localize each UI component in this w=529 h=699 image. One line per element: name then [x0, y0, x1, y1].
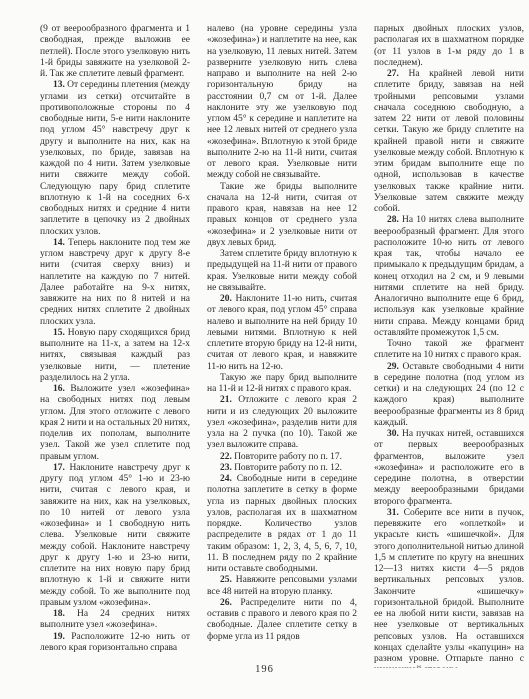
text-column-1: (9 от веерообразного фрагмента и 1 свобо…	[40, 24, 190, 668]
paragraph-number: 16.	[53, 384, 70, 394]
paragraph: 30. На пучках нитей, оставшихся от первы…	[374, 429, 524, 508]
paragraph: 26. Распределите нити по 4, оставив с пр…	[207, 598, 357, 643]
paragraph: 13. От середины плетения (между углами и…	[40, 80, 190, 238]
book-page: (9 от веерообразного фрагмента и 1 свобо…	[0, 0, 529, 699]
paragraph: 16. Выложите узел «жозефина» на свободны…	[40, 384, 190, 463]
paragraph: парных двойных плоских узлов, располагая…	[374, 24, 524, 69]
paragraph: 15. Новую пару сходящихся брид выполните…	[40, 328, 190, 384]
paragraph: 27. На крайней левой нити сплетите бриду…	[374, 69, 524, 215]
paragraph: 14. Теперь наклоните под тем же углом на…	[40, 238, 190, 328]
paragraph: 25. Навяжите репсовыми узлами все 48 нит…	[207, 575, 357, 598]
paragraph: 22. Повторите работу по п. 17.	[207, 452, 357, 463]
paragraph-number: 30.	[387, 429, 402, 439]
paragraph-number: 14.	[53, 238, 68, 248]
paragraph-number: 13.	[53, 80, 67, 90]
paragraph-number: 23.	[220, 463, 234, 473]
paragraph: налево (на уровне середины узла «жозефин…	[207, 24, 357, 182]
paragraph: 21. Отложите с левого края 2 нити и из с…	[207, 395, 357, 451]
paragraph-number: 24.	[220, 474, 237, 484]
paragraph: Точно такой же фрагмент сплетите на 10 н…	[374, 339, 524, 362]
paragraph: 23. Повторите работу по п. 12.	[207, 463, 357, 474]
paragraph: 28. На 10 нитях слева выполните веерообр…	[374, 215, 524, 339]
paragraph: 29. Оставьте свободными 4 нити в середин…	[374, 362, 524, 430]
page-number: 196	[0, 664, 529, 675]
paragraph-number: 26.	[220, 598, 240, 608]
paragraph-number: 28.	[387, 215, 402, 225]
paragraph: 18. На 24 средних нитях выполните узел «…	[40, 609, 190, 632]
paragraph-number: 31.	[387, 508, 404, 518]
paragraph-number: 20.	[220, 294, 235, 304]
paragraph: 31. Соберите все нити в пучок, перевяжит…	[374, 508, 524, 668]
paragraph-number: 15.	[53, 328, 68, 338]
paragraph-number: 29.	[387, 362, 403, 372]
paragraph-number: 17.	[53, 463, 69, 473]
paragraph: Такие же бриды выполните сначала на 12-й…	[207, 182, 357, 250]
text-column-2: налево (на уровне середины узла «жозефин…	[207, 24, 357, 668]
paragraph: 24. Свободные нити в середине полотна за…	[207, 474, 357, 575]
text-columns: (9 от веерообразного фрагмента и 1 свобо…	[40, 24, 522, 668]
paragraph-number: 22.	[220, 452, 234, 462]
paragraph-number: 27.	[387, 69, 408, 79]
paragraph: Такую же пару брид выполните на 11-й и 1…	[207, 373, 357, 396]
paragraph: 17. Наклоните навстречу друг к другу под…	[40, 463, 190, 609]
paragraph: 19. Расположите 12-ю нить от левого края…	[40, 632, 190, 655]
paragraph-number: 19.	[53, 632, 71, 642]
paragraph: 20. Наклоните 11-ю нить, считая от левог…	[207, 294, 357, 373]
paragraph-number: 18.	[53, 609, 77, 619]
paragraph: Затем сплетите бриду вплотную к предыдущ…	[207, 249, 357, 294]
paragraph-number: 25.	[220, 575, 236, 585]
paragraph-number: 21.	[220, 395, 238, 405]
text-column-3: парных двойных плоских узлов, располагая…	[374, 24, 524, 668]
paragraph: (9 от веерообразного фрагмента и 1 свобо…	[40, 24, 190, 80]
